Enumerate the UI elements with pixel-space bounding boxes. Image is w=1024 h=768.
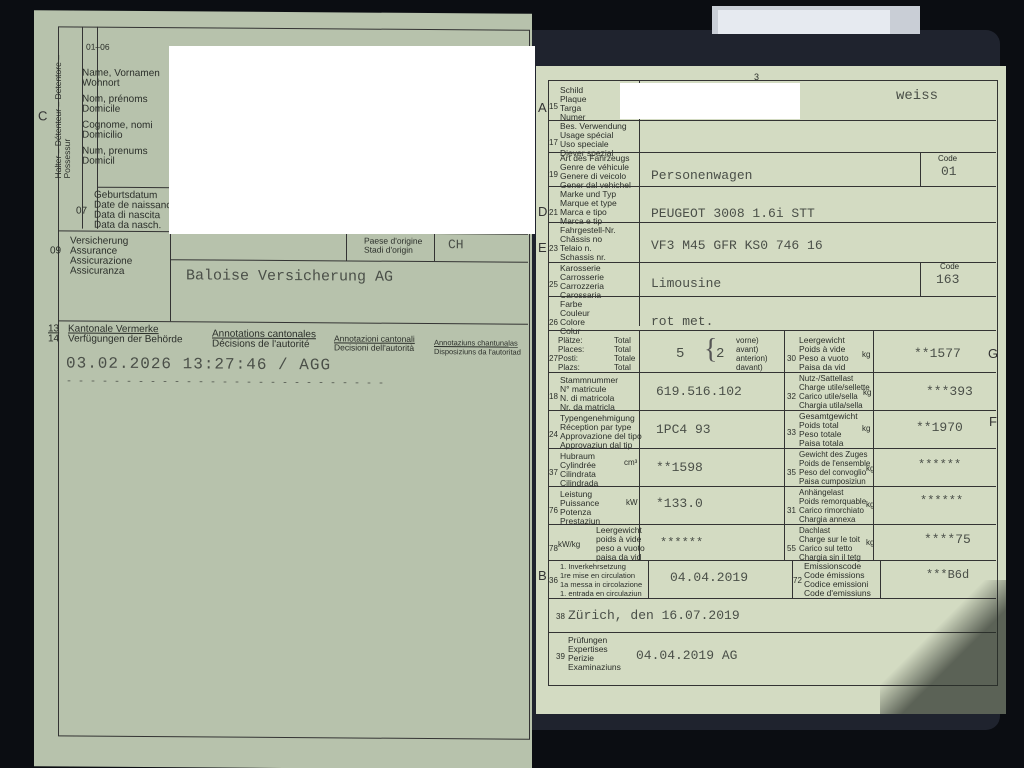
f78-labels: Leergewichtpoids à videpeso a vuotopaisa… (596, 526, 645, 562)
f15-side-letter: A (538, 100, 547, 115)
f27-front-labels: vorne)avant)anterion)davant) (736, 336, 768, 372)
f36-number: 36 (549, 576, 558, 585)
f31-labels: AnhängelastPoids remorquableCarico rimor… (799, 488, 866, 524)
f78-value: ****** (660, 536, 703, 550)
field-07-labels: GeburtsdatumDate de naissanceData di nas… (94, 191, 177, 232)
f24-number: 24 (549, 430, 558, 439)
field-13-14-numbers: 1314 (48, 324, 59, 344)
f15-value: weiss (896, 88, 938, 104)
f78-unit: kW/kg (558, 540, 580, 549)
f32-unit: kg (863, 388, 871, 397)
f21-value: PEUGEOT 3008 1.6i STT (651, 206, 815, 221)
f19-labels: Art des FahrzeugsGenre de véhiculeGenere… (560, 154, 631, 190)
field-01-06-number: 01–06 (86, 43, 110, 52)
section-letter-c: C (38, 108, 47, 123)
f55-value: ****75 (924, 532, 971, 547)
annotation-entry: 03.02.2026 13:27:46 / AGG (66, 354, 331, 374)
annotation-dashes: - - - - - - - - - - - - - - - - - - - - … (66, 376, 384, 389)
f37-value: **1598 (656, 460, 703, 475)
f23-side-letter: E (538, 240, 547, 255)
f37-number: 37 (549, 468, 558, 477)
f19-code-label: Code (938, 154, 957, 163)
f39-value: 04.04.2019 AG (636, 648, 737, 663)
f30-value: **1577 (914, 346, 961, 361)
f33-number: 33 (787, 428, 796, 437)
annotations-de: Kantonale VermerkeVerfügungen der Behörd… (68, 324, 183, 345)
f33-labels: GesamtgewichtPoids totalPeso totalePaisa… (799, 412, 858, 448)
f38-value: Zürich, den 16.07.2019 (568, 608, 740, 623)
f24-labels: TypengenehmigungRéception par typeApprov… (560, 414, 642, 450)
f30-labels: LeergewichtPoids à videPeso a vuotoPaisa… (799, 336, 849, 372)
field-07-number: 07 (76, 207, 87, 216)
f25-labels: KarosserieCarrosserieCarrozzeriaCarossar… (560, 264, 604, 300)
origin-labels: Paese d'origineStadi d'origin (364, 237, 422, 255)
f55-labels: DachlastCharge sur le toitCarico sul tet… (799, 526, 861, 562)
annotations-fr: Annotations cantonalesDécisions de l'aut… (212, 330, 316, 351)
f36-side-letter: B (538, 568, 547, 583)
f33-side-letter: F (989, 414, 997, 429)
f25-number: 25 (549, 280, 558, 289)
f23-number: 23 (549, 244, 558, 253)
f18-value: 619.516.102 (656, 384, 742, 399)
f33-value: **1970 (916, 420, 963, 435)
annotations-it: Annotazioni cantonaliDecisioni dell'auto… (334, 334, 415, 353)
f37-labels: HubraumCylindréeCilindrataCilindrada (560, 452, 598, 488)
f72-labels: EmissionscodeCode émissionsCodice emissi… (804, 562, 871, 598)
f15-labels: SchildPlaqueTargaNumer (560, 86, 586, 122)
f31-number: 31 (787, 506, 796, 515)
f25-code-label: Code (940, 262, 959, 271)
f55-number: 55 (787, 544, 796, 553)
f27-value: 5 (676, 346, 684, 362)
f25-code: 163 (936, 272, 959, 287)
f32-number: 32 (787, 392, 796, 401)
annotations-rm: Annotaziuns chantunalasDisposiziuns da l… (434, 338, 521, 357)
field-09-labels: VersicherungAssuranceAssicurazioneAssicu… (70, 237, 132, 277)
field-09-number: 09 (50, 246, 61, 255)
f55-unit: kg (866, 538, 874, 547)
f17-number: 17 (549, 138, 558, 147)
f18-labels: StammnummerN° matriculeN. di matricolaNr… (560, 376, 618, 412)
redacted-owner (169, 46, 535, 234)
f31-value: ****** (920, 494, 963, 508)
f37-unit: cm³ (624, 458, 637, 467)
f36-labels: 1. Inverkehrsetzung1re mise en circulati… (560, 562, 642, 598)
f32-labels: Nutz-/SattellastCharge utile/selletteCar… (799, 374, 870, 410)
f76-number: 76 (549, 506, 558, 515)
f31-unit: kg (866, 500, 874, 509)
f72-number: 72 (793, 576, 802, 585)
f23-labels: Fahrgestell-Nr.Châssis noTelaio n.Schass… (560, 226, 616, 262)
f39-number: 39 (556, 652, 565, 661)
f38-number: 38 (556, 612, 565, 621)
f21-side-letter: D (538, 204, 547, 219)
f24-value: 1PC4 93 (656, 422, 711, 437)
f39-labels: PrüfungenExpertisesPerizieExaminaziuns (568, 636, 621, 672)
paper-slip-inner (718, 10, 890, 34)
field-01-06-labels: Name, VornamenWohnort Nom, prénomsDomici… (82, 69, 160, 168)
f78-number: 78 (549, 544, 558, 553)
f27-totals: TotalTotalTotaleTotal (614, 336, 635, 372)
f36-value: 04.04.2019 (670, 570, 748, 585)
f76-unit: kW (626, 498, 638, 507)
shadow (880, 580, 1006, 714)
f21-labels: Marke und TypMarque et typeMarca e tipoM… (560, 190, 617, 226)
f30-unit: kg (862, 350, 870, 359)
insurance-value: Baloise Versicherung AG (186, 267, 393, 285)
f35-number: 35 (787, 468, 796, 477)
f19-code: 01 (941, 164, 957, 179)
f19-value: Personenwagen (651, 168, 752, 183)
f35-unit: kg (866, 464, 874, 473)
f27-front-value: 2 (716, 346, 724, 362)
redacted-plate (620, 83, 800, 119)
f21-number: 21 (549, 208, 558, 217)
f25-value: Limousine (651, 276, 721, 291)
f15-number: 15 (549, 102, 558, 111)
f18-number: 18 (549, 392, 558, 401)
f35-value: ****** (918, 458, 961, 472)
holder-vertical-label: Halter – Détenteur – Detentore – Possess… (54, 28, 72, 178)
f33-unit: kg (862, 424, 870, 433)
f26-number: 26 (549, 318, 558, 327)
f19-number: 19 (549, 170, 558, 179)
f26-value: rot met. (651, 314, 713, 329)
f23-value: VF3 M45 GFR KS0 746 16 (651, 238, 823, 253)
f76-labels: LeistungPuissancePotenzaPrestaziun (560, 490, 600, 526)
f30-side-letter: G (988, 346, 998, 361)
origin-value: CH (448, 237, 464, 252)
f32-value: ***393 (926, 384, 973, 399)
f35-labels: Gewicht des ZugesPoids de l'ensemblePeso… (799, 450, 870, 486)
f76-value: *133.0 (656, 496, 703, 511)
f30-number: 30 (787, 354, 796, 363)
f27-number: 27 (549, 354, 558, 363)
f27-labels: Plätze:Places:Posti:Plazs: (558, 336, 584, 372)
